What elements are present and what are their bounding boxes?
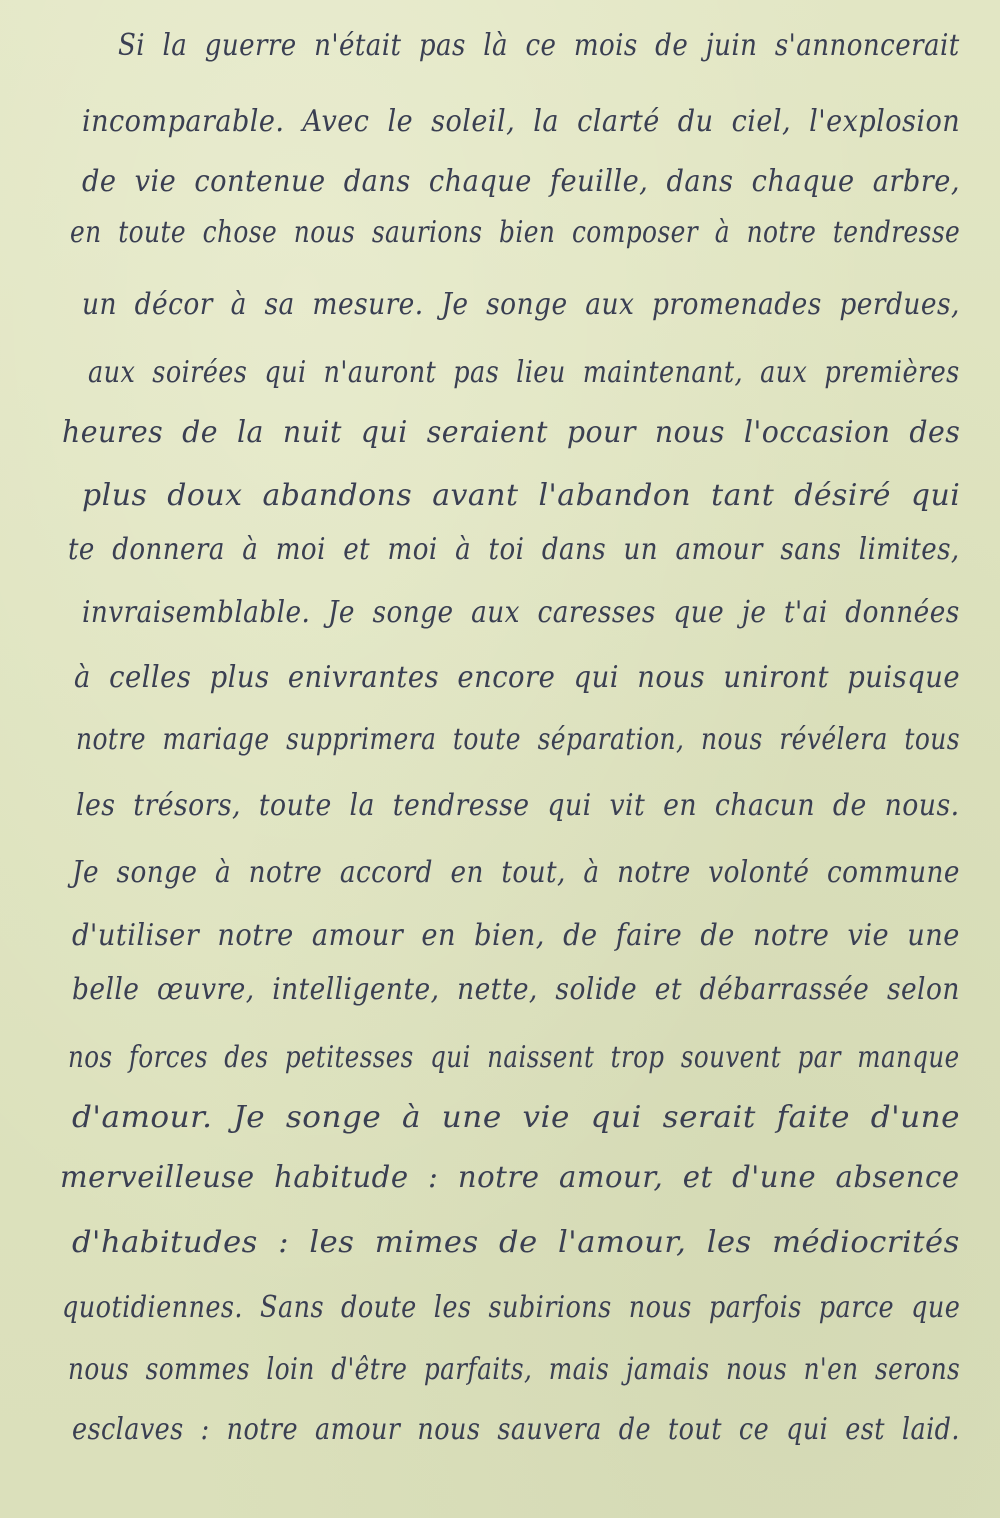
letter-line-1: Si la guerre n'était pas là ce mois de j…: [118, 28, 857, 63]
letter-line-9: te donnera à moi et moi à toi dans un am…: [68, 532, 960, 567]
letter-line-16: belle œuvre, intelligente, nette, solide…: [72, 972, 960, 1007]
letter-line-11: à celles plus enivrantes encore qui nous…: [74, 660, 960, 695]
letter-line-8: plus doux abandons avant l'abandon tant …: [82, 478, 960, 513]
letter-line-20: d'habitudes : les mimes de l'amour, les …: [72, 1225, 960, 1260]
letter-line-12: notre mariage supprimera toute séparatio…: [76, 722, 960, 757]
letter-line-13: les trésors, toute la tendresse qui vit …: [76, 788, 960, 823]
letter-line-7: heures de la nuit qui seraient pour nous…: [62, 415, 960, 450]
letter-line-19: merveilleuse habitude : notre amour, et …: [60, 1160, 960, 1195]
letter-line-21: quotidiennes. Sans doute les subirions n…: [62, 1290, 960, 1325]
letter-line-22: nous sommes loin d'être parfaits, mais j…: [68, 1352, 960, 1387]
letter-line-10: invraisemblable. Je songe aux caresses q…: [82, 595, 960, 630]
letter-line-17: nos forces des petitesses qui naissent t…: [68, 1040, 960, 1075]
letter-line-23: esclaves : notre amour nous sauvera de t…: [72, 1412, 960, 1447]
letter-line-15: d'utiliser notre amour en bien, de faire…: [72, 918, 960, 953]
letter-line-4: en toute chose nous saurions bien compos…: [70, 215, 960, 250]
letter-line-14: Je songe à notre accord en tout, à notre…: [72, 855, 960, 890]
letter-line-5: un décor à sa mesure. Je songe aux prome…: [82, 287, 960, 322]
letter-line-2: incomparable. Avec le soleil, la clarté …: [82, 104, 960, 139]
letter-page: Si la guerre n'était pas là ce mois de j…: [0, 0, 1000, 1518]
letter-line-6: aux soirées qui n'auront pas lieu mainte…: [88, 355, 960, 390]
letter-line-3: de vie contenue dans chaque feuille, dan…: [82, 164, 960, 199]
letter-line-18: d'amour. Je songe à une vie qui serait f…: [72, 1100, 960, 1135]
